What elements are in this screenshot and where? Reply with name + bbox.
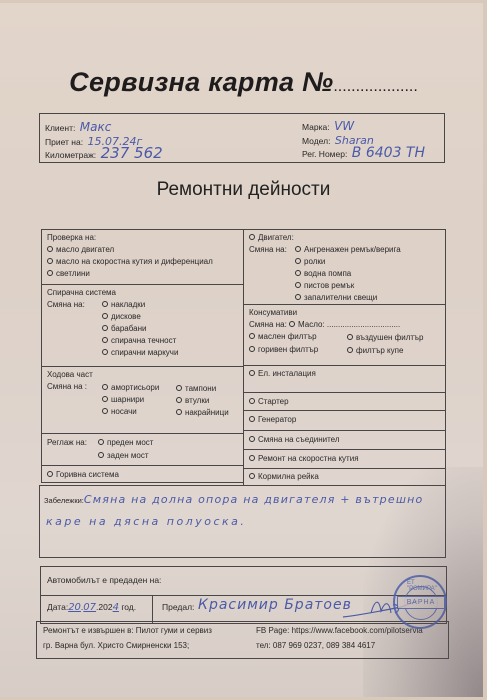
oil-value-field: ................................. — [327, 320, 400, 329]
stamp-city: ВАРНА — [397, 596, 445, 609]
right-item-label: Ел. инсталация — [258, 369, 316, 378]
handover-title: Автомобилът е предаден на: — [47, 575, 161, 585]
reg-row: Рег. Номер: В 6403 ТН — [302, 144, 425, 162]
checkbox-circle-icon — [249, 398, 255, 404]
handed-by-value: Красимир Братоев — [198, 597, 352, 613]
consumables-title: Консумативи — [249, 308, 297, 317]
checkbox-circle-icon — [98, 439, 104, 445]
engine-title-label: Двигател: — [258, 233, 294, 242]
consumable-item[interactable]: въздушен филтър — [347, 333, 423, 342]
stamp-top-text: ЕТ "РОМИРА" — [407, 580, 445, 592]
checkbox-circle-icon — [102, 349, 108, 355]
checkbox-circle-icon — [47, 471, 53, 477]
company-stamp: ЕТ "РОМИРА" ВАРНА — [393, 575, 447, 629]
footer-workshop: Ремонтът е извършен в: Пилот гуми и серв… — [43, 626, 212, 635]
reg-label: Рег. Номер: — [302, 149, 347, 159]
date-day: 20 — [68, 602, 81, 613]
steering-rack-cell[interactable]: Кормилна рейка — [243, 468, 446, 486]
checkbox-circle-icon — [295, 258, 301, 264]
chassis-item-label: шарнири — [111, 395, 144, 404]
chassis-replace-label: Смяна на : — [47, 382, 87, 391]
chassis-item-label: носачи — [111, 407, 137, 416]
right-item[interactable]: Кормилна рейка — [249, 472, 319, 481]
footer-phone: тел: 087 969 0237, 089 384 4617 — [256, 641, 375, 650]
checkbox-circle-icon — [295, 294, 301, 300]
checkbox-circle-icon — [249, 333, 255, 339]
chassis-item[interactable]: тампони — [176, 384, 216, 393]
brakes-title: Спирачна система — [47, 288, 116, 297]
checkbox-circle-icon — [102, 408, 108, 414]
checkbox-circle-icon — [176, 397, 182, 403]
chassis-item-label: накрайници — [185, 408, 229, 417]
chassis-item[interactable]: шарнири — [102, 395, 144, 404]
right-item[interactable]: Стартер — [249, 397, 289, 406]
notes-line-2: каре на дясна полуоска. — [46, 512, 246, 530]
checkbox-circle-icon — [249, 346, 255, 352]
engine-item-label: Ангренажен ремък/верига — [304, 245, 401, 254]
checkbox-circle-icon — [295, 282, 301, 288]
right-item[interactable]: Ремонт на скоростна кутия — [249, 454, 359, 463]
fuel-system-cell[interactable]: Горивна система — [41, 465, 244, 483]
section-title: Ремонтни дейности — [0, 179, 487, 201]
alignment-cell: Реглаж на: преден мост заден мост — [41, 433, 244, 466]
brake-item[interactable]: дискове — [102, 312, 141, 321]
notes-line-1: Забележки:Смяна на долна опора на двигат… — [44, 490, 423, 508]
engine-cell: Двигател: Смяна на: Ангренажен ремък/вер… — [243, 229, 446, 305]
date-month: 07 — [83, 602, 96, 613]
check-item-label: светлини — [56, 269, 90, 278]
checkbox-circle-icon — [102, 301, 108, 307]
engine-item[interactable]: запалителни свещи — [295, 293, 377, 302]
checkbox-circle-icon — [98, 452, 104, 458]
check-item-label: масло на скоростна кутия и диференциал — [56, 257, 213, 266]
checkbox-circle-icon — [295, 246, 301, 252]
right-item-label: Генератор — [258, 415, 296, 424]
alignment-item[interactable]: преден мост — [98, 438, 153, 447]
brakes-replace-label: Смяна на: — [47, 300, 85, 309]
footer-box: Ремонтът е извършен в: Пилот гуми и серв… — [36, 621, 449, 659]
notes-text-1: Смяна на долна опора на двигателя + вътр… — [84, 493, 424, 506]
footer-fb-link[interactable]: FB Page: https://www.facebook.com/pilots… — [256, 626, 423, 635]
footer-address: гр. Варна бул. Христо Смирненски 153; — [43, 641, 189, 650]
checkbox-circle-icon — [249, 436, 255, 442]
checkbox-circle-icon — [102, 325, 108, 331]
check-item-label: масло двигател — [56, 245, 114, 254]
engine-item[interactable]: Ангренажен ремък/верига — [295, 245, 401, 254]
oil-label: Масло: — [298, 320, 325, 329]
checkbox-circle-icon — [47, 258, 53, 264]
starter-cell[interactable]: Стартер — [243, 392, 446, 411]
consumable-item[interactable]: филтър купе — [347, 346, 403, 355]
date-year-suffix: 4 — [113, 602, 119, 613]
engine-item-label: пистов ремък — [304, 281, 354, 290]
check-item[interactable]: масло на скоростна кутия и диференциал — [47, 257, 213, 266]
chassis-item[interactable]: накрайници — [176, 408, 229, 417]
electrical-cell[interactable]: Ел. инсталация — [243, 365, 446, 393]
engine-replace-label: Смяна на: — [249, 245, 287, 254]
checkbox-circle-icon — [249, 370, 255, 376]
checkbox-circle-icon — [176, 385, 182, 391]
notes-text-2: каре на дясна полуоска. — [46, 515, 246, 528]
consumables-oil-row[interactable]: Смяна на: Масло: .......................… — [249, 320, 400, 329]
right-item[interactable]: Генератор — [249, 415, 296, 424]
checks-cell: Проверка на: масло двигател масло на ско… — [41, 229, 244, 285]
brake-item-label: спирачна течност — [111, 336, 176, 345]
alignment-item[interactable]: заден мост — [98, 451, 149, 460]
consumable-item-label: маслен филтър — [258, 332, 317, 341]
consumable-item[interactable]: маслен филтър — [249, 332, 317, 341]
mileage-label: Километраж: — [45, 150, 96, 160]
date-unit: год. — [121, 602, 136, 612]
date-year-prefix: 202 — [98, 602, 112, 612]
engine-item[interactable]: пистов ремък — [295, 281, 354, 290]
alignment-item-label: заден мост — [107, 451, 149, 460]
checkbox-circle-icon — [347, 334, 353, 340]
checkbox-circle-icon — [289, 321, 295, 327]
notes-box[interactable]: Забележки:Смяна на долна опора на двигат… — [39, 485, 446, 558]
checkbox-circle-icon — [249, 234, 255, 240]
generator-cell[interactable]: Генератор — [243, 410, 446, 431]
checkbox-circle-icon — [102, 384, 108, 390]
right-item-label: Смяна на съединител — [258, 435, 340, 444]
check-item[interactable]: светлини — [47, 269, 90, 278]
checkbox-circle-icon — [249, 473, 255, 479]
brakes-cell: Спирачна система Смяна на: накладки диск… — [41, 284, 244, 367]
date-row: Дата:20.07.2024 год. — [47, 602, 136, 613]
brake-item-label: спирачни маркучи — [111, 348, 178, 357]
alignment-label: Реглаж на: — [47, 438, 87, 447]
chassis-item-label: амортисьори — [111, 383, 159, 392]
checkbox-circle-icon — [47, 270, 53, 276]
chassis-item[interactable]: носачи — [102, 407, 137, 416]
chassis-item[interactable]: втулки — [176, 396, 209, 405]
right-item-label: Стартер — [258, 397, 289, 406]
service-card-paper: Сервизна карта №................... Клие… — [0, 3, 483, 697]
brake-item-label: накладки — [111, 300, 145, 309]
engine-item-label: водна помпа — [304, 269, 351, 278]
handover-vdivider — [152, 595, 153, 624]
checkbox-circle-icon — [295, 270, 301, 276]
brake-item[interactable]: барабани — [102, 324, 146, 333]
consumable-item-label: горивен филтър — [258, 345, 318, 354]
brake-item[interactable]: спирачна течност — [102, 336, 176, 345]
mileage-row: Километраж: 237 562 — [45, 144, 163, 163]
engine-item[interactable]: водна помпа — [295, 269, 351, 278]
title-text: Сервизна карта № — [69, 67, 333, 97]
right-item[interactable]: Смяна на съединител — [249, 435, 340, 444]
consumable-item[interactable]: горивен филтър — [249, 345, 318, 354]
checkbox-circle-icon — [47, 246, 53, 252]
gearbox-repair-cell[interactable]: Ремонт на скоростна кутия — [243, 449, 446, 469]
brake-item[interactable]: спирачни маркучи — [102, 348, 178, 357]
right-item[interactable]: Ел. инсталация — [249, 369, 316, 378]
right-item-label: Ремонт на скоростна кутия — [258, 454, 359, 463]
consumable-item-label: въздушен филтър — [356, 333, 423, 342]
fuel-system-label: Горивна система — [56, 470, 119, 479]
checks-title: Проверка на: — [47, 233, 96, 242]
checkbox-circle-icon — [249, 455, 255, 461]
engine-item[interactable]: ролки — [295, 257, 325, 266]
date-label: Дата: — [47, 602, 68, 612]
document-title: Сервизна карта №................... — [0, 67, 487, 98]
consumables-cell: Консумативи Смяна на: Масло: ...........… — [243, 304, 446, 366]
alignment-item-label: преден мост — [107, 438, 153, 447]
chassis-item-label: втулки — [185, 396, 209, 405]
brake-item-label: барабани — [111, 324, 146, 333]
checkbox-circle-icon — [102, 313, 108, 319]
consumables-replace-label: Смяна на: — [249, 320, 287, 329]
brake-item-label: дискове — [111, 312, 141, 321]
clutch-cell[interactable]: Смяна на съединител — [243, 430, 446, 450]
client-info-box: Клиент: Макс Приет на: 15.07.24г Километ… — [39, 113, 445, 163]
notes-label: Забележки: — [44, 496, 84, 505]
chassis-item[interactable]: амортисьори — [102, 383, 159, 392]
chassis-title: Ходова част — [47, 370, 93, 379]
checkbox-circle-icon — [102, 396, 108, 402]
checkbox-circle-icon — [249, 416, 255, 422]
reg-value: В 6403 ТН — [352, 145, 425, 161]
engine-item-label: запалителни свещи — [304, 293, 377, 302]
chassis-cell: Ходова част Смяна на : амортисьори шарни… — [41, 366, 244, 434]
fuel-system-item[interactable]: Горивна система — [47, 470, 119, 479]
brake-item[interactable]: накладки — [102, 300, 145, 309]
engine-title[interactable]: Двигател: — [249, 233, 294, 242]
handed-by-label: Предал: — [162, 602, 194, 612]
checkbox-circle-icon — [176, 409, 182, 415]
checkbox-circle-icon — [102, 337, 108, 343]
check-item[interactable]: масло двигател — [47, 245, 114, 254]
mileage-value: 237 562 — [101, 144, 163, 162]
engine-item-label: ролки — [304, 257, 325, 266]
consumable-item-label: филтър купе — [356, 346, 403, 355]
right-item-label: Кормилна рейка — [258, 472, 319, 481]
checkbox-circle-icon — [347, 347, 353, 353]
card-number-field: ................... — [333, 78, 417, 95]
handover-box: Автомобилът е предаден на: Дата:20.07.20… — [40, 566, 447, 624]
chassis-item-label: тампони — [185, 384, 216, 393]
